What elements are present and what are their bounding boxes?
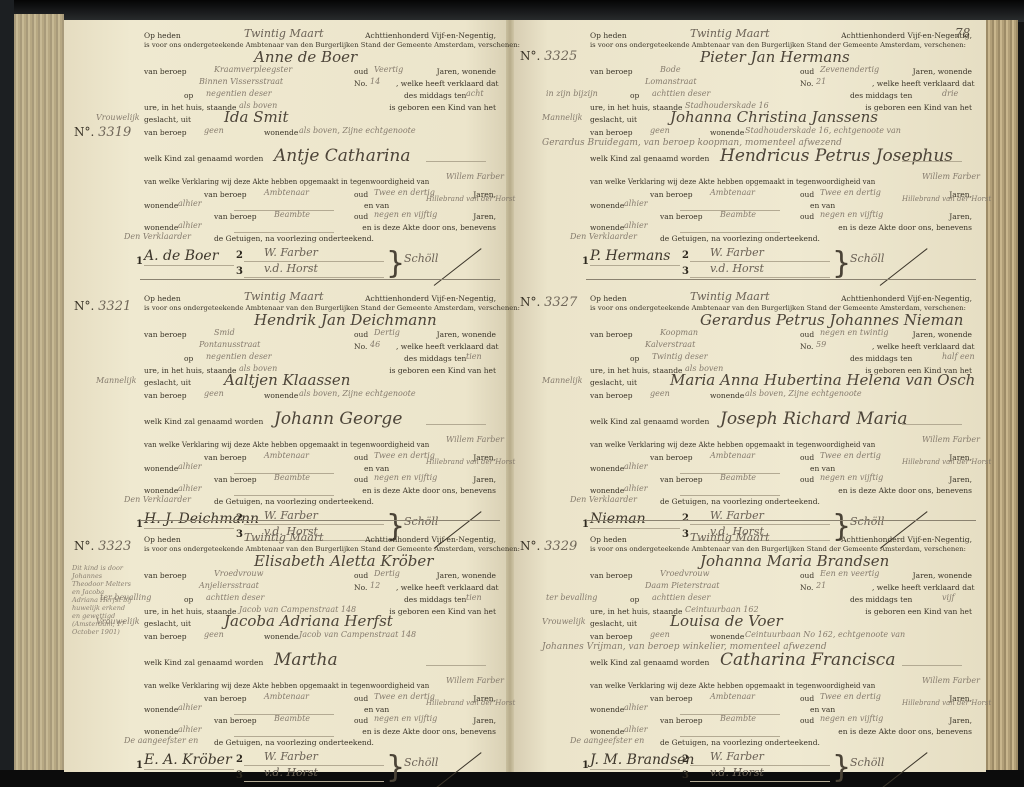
label-house: ure, in het huis, staande (590, 367, 682, 375)
label-declared: , welke heeft verklaard dat (396, 343, 496, 351)
mother-profession: geen (650, 631, 670, 639)
signature-brace: } (386, 753, 405, 783)
witness2-name: Hillebrand van der Horst (902, 196, 991, 203)
preface-note: ter bevalling (546, 594, 597, 602)
label-number: No. (800, 343, 813, 351)
birth-time: acht (466, 90, 484, 98)
label-witness1-residence: wonende (144, 202, 178, 210)
witness2-residence: alhier (624, 222, 648, 230)
label-years-2: Jaren, (944, 717, 972, 725)
label-witness1-profession: van beroep (650, 454, 693, 462)
fill-line (680, 232, 780, 233)
officer-flourish (434, 248, 482, 286)
record-number: N°. 3319 (74, 126, 131, 139)
birth-time: vijf (942, 594, 955, 602)
label-witness2-residence: wonende (144, 224, 178, 232)
witness1-residence: alhier (624, 463, 648, 471)
label-declaration: van welke Verklaring wij deze Akte hebbe… (590, 179, 875, 186)
child-sex: Mannelijk (542, 377, 582, 385)
witness2-age: negen en vijftig (374, 715, 437, 723)
label-profession: van beroep (590, 331, 633, 339)
label-age: oud (800, 68, 814, 76)
label-mother-profession: van beroep (590, 633, 633, 641)
declarant-age: Dertig (374, 570, 400, 578)
record-date: Twintig Maart (690, 291, 770, 302)
label-house: ure, in het huis, staande (590, 608, 682, 616)
signature-2: W. Farber (264, 751, 318, 762)
signature-3: v.d. Horst (710, 263, 764, 274)
record-number-value: 3325 (544, 49, 577, 64)
label-on: op (184, 596, 193, 604)
mother-profession: geen (650, 127, 670, 135)
label-witness2-age: oud (800, 717, 814, 725)
label-age: oud (354, 572, 368, 580)
label-year: Achttienhonderd Vijf-en-Negentig, (832, 295, 972, 303)
label-year: Achttienhonderd Vijf-en-Negentig, (832, 32, 972, 40)
label-witness1-residence: wonende (144, 706, 178, 714)
declarant-street: Binnen Vissersstraat (199, 78, 283, 86)
signature-1: P. Hermans (590, 249, 671, 263)
declarant-profession: Vroedvrouw (214, 570, 263, 578)
witness2-residence: alhier (178, 726, 202, 734)
label-op-heden: Op heden (590, 32, 627, 40)
signature-3: v.d. Horst (710, 767, 764, 778)
witness2-profession: Beambte (720, 474, 756, 482)
record-date: Twintig Maart (244, 28, 324, 39)
label-op-heden: Op heden (144, 536, 181, 544)
signature-1: E. A. Kröber (144, 753, 232, 767)
mother-name: Louisa de Voer (670, 614, 783, 629)
label-witness1-age: oud (354, 191, 368, 199)
label-witness2-profession: van beroep (660, 717, 703, 725)
margin-annotation: Dit kind is door Johannes Theodoor Melte… (72, 564, 132, 636)
declarant-name: Hendrik Jan Deichmann (254, 313, 437, 328)
witness1-name: Willem Farber (922, 173, 980, 181)
mother-profession: geen (204, 631, 224, 639)
witness2-age: negen en vijftig (820, 211, 883, 219)
declarant-age: Veertig (374, 66, 403, 74)
signature-2: W. Farber (264, 247, 318, 258)
record-number: N°. 3323 (74, 540, 131, 553)
label-born: is geboren een Kind van het (386, 608, 496, 616)
label-age: oud (800, 572, 814, 580)
birth-record: N°. 3327Op hedenTwintig MaartAchttienhon… (510, 283, 986, 545)
label-house: ure, in het huis, staande (590, 104, 682, 112)
witness2-name: Hillebrand van der Horst (902, 459, 991, 466)
label-declaration: van welke Verklaring wij deze Akte hebbe… (144, 179, 429, 186)
mother-address: als boven, Zijne echtgenoote (299, 127, 416, 135)
declarant-house-number: 12 (370, 582, 380, 590)
signature-2-label: 2 (682, 755, 689, 765)
record-number: N°. 3327 (520, 296, 577, 309)
signature-3-label: 3 (236, 267, 243, 277)
label-witness1-age: oud (354, 695, 368, 703)
label-witness2-age: oud (800, 213, 814, 221)
record-separator (586, 520, 976, 521)
birth-day: negentien deser (206, 353, 272, 361)
label-years-2: Jaren, (468, 717, 496, 725)
label-child-name: welk Kind zal genaamd worden (144, 659, 263, 667)
declarant-name: Elisabeth Aletta Kröber (254, 554, 433, 569)
child-sex: Vrouwelijk (96, 114, 140, 122)
label-years-residing: Jaren, wonende (910, 331, 972, 339)
page-edges-right (986, 20, 1018, 775)
label-witness1-age: oud (800, 454, 814, 462)
record-separator (140, 279, 500, 280)
birth-day: achttien deser (206, 594, 264, 602)
signature-1-label: 1 (582, 761, 589, 771)
birth-record: N°. 3321Op hedenTwintig MaartAchttienhon… (64, 283, 510, 545)
label-child-name: welk Kind zal genaamd worden (144, 155, 263, 163)
witness2-name: Hillebrand van der Horst (426, 196, 515, 203)
label-mother-profession: van beroep (590, 392, 633, 400)
declarant-street: Pontanusstraat (199, 341, 260, 349)
signing-note: De aangeefster en (124, 737, 198, 745)
label-witness1-profession: van beroep (650, 191, 693, 199)
fill-line (144, 265, 234, 266)
declarant-profession: Koopman (660, 329, 698, 337)
officer-signature: Schöll (850, 253, 884, 264)
number-prefix: N°. (520, 539, 540, 553)
fill-line (902, 665, 962, 666)
witness2-profession: Beambte (274, 211, 310, 219)
page-edges-left (14, 14, 64, 779)
mother-name: Ida Smit (224, 110, 289, 125)
birth-record: N°. 3319Op hedenTwintig MaartAchttienhon… (64, 20, 510, 282)
label-year: Achttienhonderd Vijf-en-Negentig, (356, 536, 496, 544)
label-witnesses-signed: de Getuigen, na voorlezing onderteekend. (660, 498, 820, 506)
label-on: op (630, 92, 639, 100)
label-witness2-age: oud (800, 476, 814, 484)
label-declaration: van welke Verklaring wij deze Akte hebbe… (590, 442, 875, 449)
label-born: is geboren een Kind van het (862, 104, 972, 112)
label-witness2-residence: wonende (144, 487, 178, 495)
witness2-profession: Beambte (274, 474, 310, 482)
mother-name: Aaltjen Klaassen (224, 373, 350, 388)
label-witness2-profession: van beroep (214, 476, 257, 484)
label-and-of: en van (810, 202, 835, 210)
number-prefix: N°. (74, 125, 94, 139)
witness2-residence: alhier (624, 726, 648, 734)
label-afternoon: des middags ten (404, 596, 466, 604)
record-date: Twintig Maart (690, 532, 770, 543)
label-years-residing: Jaren, wonende (434, 331, 496, 339)
label-witness1-profession: van beroep (204, 191, 247, 199)
declarant-house-number: 21 (816, 582, 826, 590)
witness1-name: Willem Farber (446, 173, 504, 181)
mother-name: Jacoba Adriana Herfst (224, 614, 393, 629)
label-on: op (184, 92, 193, 100)
declarant-street: Lomanstraat (645, 78, 697, 86)
witness1-profession: Ambtenaar (710, 452, 755, 460)
label-op-heden: Op heden (590, 295, 627, 303)
mother-profession: geen (204, 390, 224, 398)
label-house: ure, in het huis, staande (144, 104, 236, 112)
label-sex-from: geslacht, uit (590, 620, 637, 628)
record-number-value: 3319 (98, 125, 131, 140)
fill-line (590, 769, 680, 770)
witness1-name: Willem Farber (446, 436, 504, 444)
label-years-2: Jaren, (944, 213, 972, 221)
label-deed-by-us: en is deze Akte door ons, benevens (822, 487, 972, 495)
fill-line (902, 161, 962, 162)
witness1-residence: alhier (178, 704, 202, 712)
label-house: ure, in het huis, staande (144, 608, 236, 616)
witness2-age: negen en vijftig (820, 474, 883, 482)
record-number: N°. 3329 (520, 540, 577, 553)
label-on: op (184, 355, 193, 363)
label-witness1-age: oud (800, 191, 814, 199)
label-profession: van beroep (144, 331, 187, 339)
label-number: No. (354, 80, 367, 88)
label-sex-from: geslacht, uit (144, 620, 191, 628)
fill-line (244, 277, 384, 278)
birth-time: drie (942, 90, 958, 98)
declarant-name: Johanna Maria Brandsen (700, 554, 889, 569)
fill-line (902, 424, 962, 425)
witness1-residence: alhier (178, 463, 202, 471)
child-sex: Mannelijk (96, 377, 136, 385)
signing-note: Den Verklaarder (570, 233, 637, 241)
label-op-heden: Op heden (590, 536, 627, 544)
mother-address: Ceintuurbaan No 162, echtgenoote van (745, 631, 905, 639)
label-witness1-residence: wonende (590, 465, 624, 473)
label-year: Achttienhonderd Vijf-en-Negentig, (356, 32, 496, 40)
label-number: No. (800, 584, 813, 592)
officer-signature: Schöll (404, 757, 438, 768)
mother-name: Johanna Christina Janssens (670, 110, 878, 125)
record-number: N°. 3321 (74, 300, 131, 313)
child-name: Catharina Francisca (720, 652, 895, 669)
signature-3-label: 3 (236, 771, 243, 781)
birth-day: Twintig deser (652, 353, 708, 361)
officer-signature: Schöll (404, 253, 438, 264)
label-afternoon: des middags ten (850, 92, 912, 100)
label-declaration: van welke Verklaring wij deze Akte hebbe… (144, 442, 429, 449)
witness1-name: Willem Farber (922, 677, 980, 685)
preface-note: in zijn bijzijn (546, 90, 598, 98)
witness1-profession: Ambtenaar (264, 189, 309, 197)
birth-time: half een (942, 353, 975, 361)
label-and-of: en van (364, 202, 389, 210)
birth-time: tien (466, 594, 482, 602)
declarant-street: Kalverstraat (645, 341, 695, 349)
label-afternoon: des middags ten (850, 355, 912, 363)
label-profession: van beroep (590, 68, 633, 76)
signing-note: Den Verklaarder (570, 496, 637, 504)
fill-line (690, 277, 830, 278)
label-witnesses-signed: de Getuigen, na voorlezing onderteekend. (660, 235, 820, 243)
label-declared: , welke heeft verklaard dat (872, 80, 972, 88)
fill-line (680, 736, 780, 737)
witness1-profession: Ambtenaar (710, 189, 755, 197)
declarant-name: Gerardus Petrus Johannes Nieman (700, 313, 963, 328)
birth-record: N°. 3323Op hedenTwintig MaartAchttienhon… (64, 524, 510, 786)
label-child-name: welk Kind zal genaamd worden (590, 659, 709, 667)
declarant-age: Een en veertig (820, 570, 879, 578)
record-date: Twintig Maart (690, 28, 770, 39)
label-years-residing: Jaren, wonende (910, 572, 972, 580)
declarant-house-number: 46 (370, 341, 380, 349)
label-declaration: van welke Verklaring wij deze Akte hebbe… (144, 683, 429, 690)
declarant-house-number: 59 (816, 341, 826, 349)
officer-flourish (434, 752, 482, 787)
label-profession: van beroep (590, 572, 633, 580)
label-years-2: Jaren, (944, 476, 972, 484)
witness1-name: Willem Farber (446, 677, 504, 685)
birth-day: achttien deser (652, 594, 710, 602)
signature-2-label: 2 (682, 251, 689, 261)
witness2-residence: alhier (178, 222, 202, 230)
label-child-name: welk Kind zal genaamd worden (590, 418, 709, 426)
label-mother-residence: wonende (710, 129, 744, 137)
label-years-2: Jaren, (468, 476, 496, 484)
label-deed-by-us: en is deze Akte door ons, benevens (346, 224, 496, 232)
label-mother-residence: wonende (710, 633, 744, 641)
label-witness2-residence: wonende (590, 487, 624, 495)
child-name: Johann George (274, 411, 402, 428)
label-mother-residence: wonende (710, 392, 744, 400)
witness1-profession: Ambtenaar (710, 693, 755, 701)
witness1-residence: alhier (178, 200, 202, 208)
label-witness2-profession: van beroep (660, 213, 703, 221)
label-witnesses-signed: de Getuigen, na voorlezing onderteekend. (214, 739, 374, 747)
fill-line (680, 495, 780, 496)
label-years-residing: Jaren, wonende (910, 68, 972, 76)
fill-line (426, 665, 486, 666)
witness2-age: negen en vijftig (374, 474, 437, 482)
declarant-name: Pieter Jan Hermans (700, 50, 850, 65)
label-witnesses-signed: de Getuigen, na voorlezing onderteekend. (660, 739, 820, 747)
label-witness1-profession: van beroep (204, 695, 247, 703)
number-prefix: N°. (74, 539, 94, 553)
witness2-age: negen en vijftig (820, 715, 883, 723)
fill-line (426, 424, 486, 425)
label-declaration: van welke Verklaring wij deze Akte hebbe… (590, 683, 875, 690)
signature-3: v.d. Horst (264, 767, 318, 778)
record-number-value: 3323 (98, 539, 131, 554)
label-mother-residence: wonende (264, 633, 298, 641)
declarant-street: Anjeliersstraat (199, 582, 259, 590)
label-born: is geboren een Kind van het (386, 104, 496, 112)
label-declared: , welke heeft verklaard dat (872, 343, 972, 351)
signature-2-label: 2 (682, 514, 689, 524)
child-sex: Mannelijk (542, 114, 582, 122)
label-afternoon: des middags ten (850, 596, 912, 604)
label-afternoon: des middags ten (404, 355, 466, 363)
mother-address: Jacob van Campenstraat 148 (299, 631, 416, 639)
declarant-house-number: 21 (816, 78, 826, 86)
officer-flourish (880, 752, 928, 787)
fill-line (234, 495, 334, 496)
mother-address: als boven, Zijne echtgenoote (299, 390, 416, 398)
number-prefix: N°. (520, 49, 540, 63)
witness2-name: Hillebrand van der Horst (902, 700, 991, 707)
label-mother-residence: wonende (264, 392, 298, 400)
label-sex-from: geslacht, uit (144, 379, 191, 387)
mother-name: Maria Anna Hubertina Helena van Osch (670, 373, 975, 388)
child-name: Joseph Richard Maria (720, 411, 908, 428)
declarant-house-number: 14 (370, 78, 380, 86)
label-and-of: en van (364, 465, 389, 473)
record-date: Twintig Maart (244, 532, 324, 543)
label-witness2-residence: wonende (590, 728, 624, 736)
witness2-age: negen en vijftig (374, 211, 437, 219)
record-separator (586, 279, 976, 280)
declarant-name: Anne de Boer (254, 50, 357, 65)
label-declared: , welke heeft verklaard dat (396, 584, 496, 592)
birth-day: negentien deser (206, 90, 272, 98)
label-witness1-residence: wonende (590, 202, 624, 210)
label-number: No. (354, 343, 367, 351)
label-and-of: en van (810, 465, 835, 473)
label-afternoon: des middags ten (404, 92, 466, 100)
mother-profession: geen (650, 390, 670, 398)
witness1-name: Willem Farber (922, 436, 980, 444)
record-separator (140, 520, 500, 521)
label-witness2-age: oud (354, 717, 368, 725)
label-witness1-residence: wonende (144, 465, 178, 473)
signature-2: W. Farber (710, 751, 764, 762)
label-house: ure, in het huis, staande (144, 367, 236, 375)
number-prefix: N°. (74, 299, 94, 313)
label-mother-profession: van beroep (144, 129, 187, 137)
label-and-of: en van (810, 706, 835, 714)
label-number: No. (800, 80, 813, 88)
witness2-profession: Beambte (720, 211, 756, 219)
label-born: is geboren een Kind van het (862, 608, 972, 616)
signature-1: A. de Boer (144, 249, 218, 263)
witness2-residence: alhier (624, 485, 648, 493)
witness1-age: Twee en dertig (820, 693, 881, 701)
witness1-profession: Ambtenaar (264, 693, 309, 701)
declarant-age: Dertig (374, 329, 400, 337)
label-witness1-residence: wonende (590, 706, 624, 714)
label-number: No. (354, 584, 367, 592)
label-and-of: en van (364, 706, 389, 714)
signature-2-label: 2 (236, 755, 243, 765)
label-years-residing: Jaren, wonende (434, 572, 496, 580)
declarant-profession: Vroedvrouw (660, 570, 709, 578)
label-declared: , welke heeft verklaard dat (396, 80, 496, 88)
declarant-age: negen en twintig (820, 329, 889, 337)
label-mother-profession: van beroep (590, 129, 633, 137)
label-witness2-profession: van beroep (214, 213, 257, 221)
child-sex: Vrouwelijk (542, 618, 586, 626)
label-op-heden: Op heden (144, 295, 181, 303)
label-witness1-age: oud (354, 454, 368, 462)
witness1-residence: alhier (624, 704, 648, 712)
label-deed-by-us: en is deze Akte door ons, benevens (346, 487, 496, 495)
label-mother-residence: wonende (264, 129, 298, 137)
signature-brace: } (832, 249, 851, 279)
signature-2-label: 2 (236, 251, 243, 261)
mother-address: als boven, Zijne echtgenoote (745, 390, 862, 398)
label-on: op (630, 596, 639, 604)
label-years-2: Jaren, (468, 213, 496, 221)
number-prefix: N°. (520, 295, 540, 309)
signing-note: De aangeefster en (570, 737, 644, 745)
label-year: Achttienhonderd Vijf-en-Negentig, (832, 536, 972, 544)
record-number-value: 3329 (544, 539, 577, 554)
fill-line (690, 781, 830, 782)
declarant-profession: Smid (214, 329, 235, 337)
signature-3-label: 3 (682, 771, 689, 781)
label-sex-from: geslacht, uit (144, 116, 191, 124)
witness2-profession: Beambte (720, 715, 756, 723)
label-witness1-profession: van beroep (650, 695, 693, 703)
label-age: oud (354, 68, 368, 76)
